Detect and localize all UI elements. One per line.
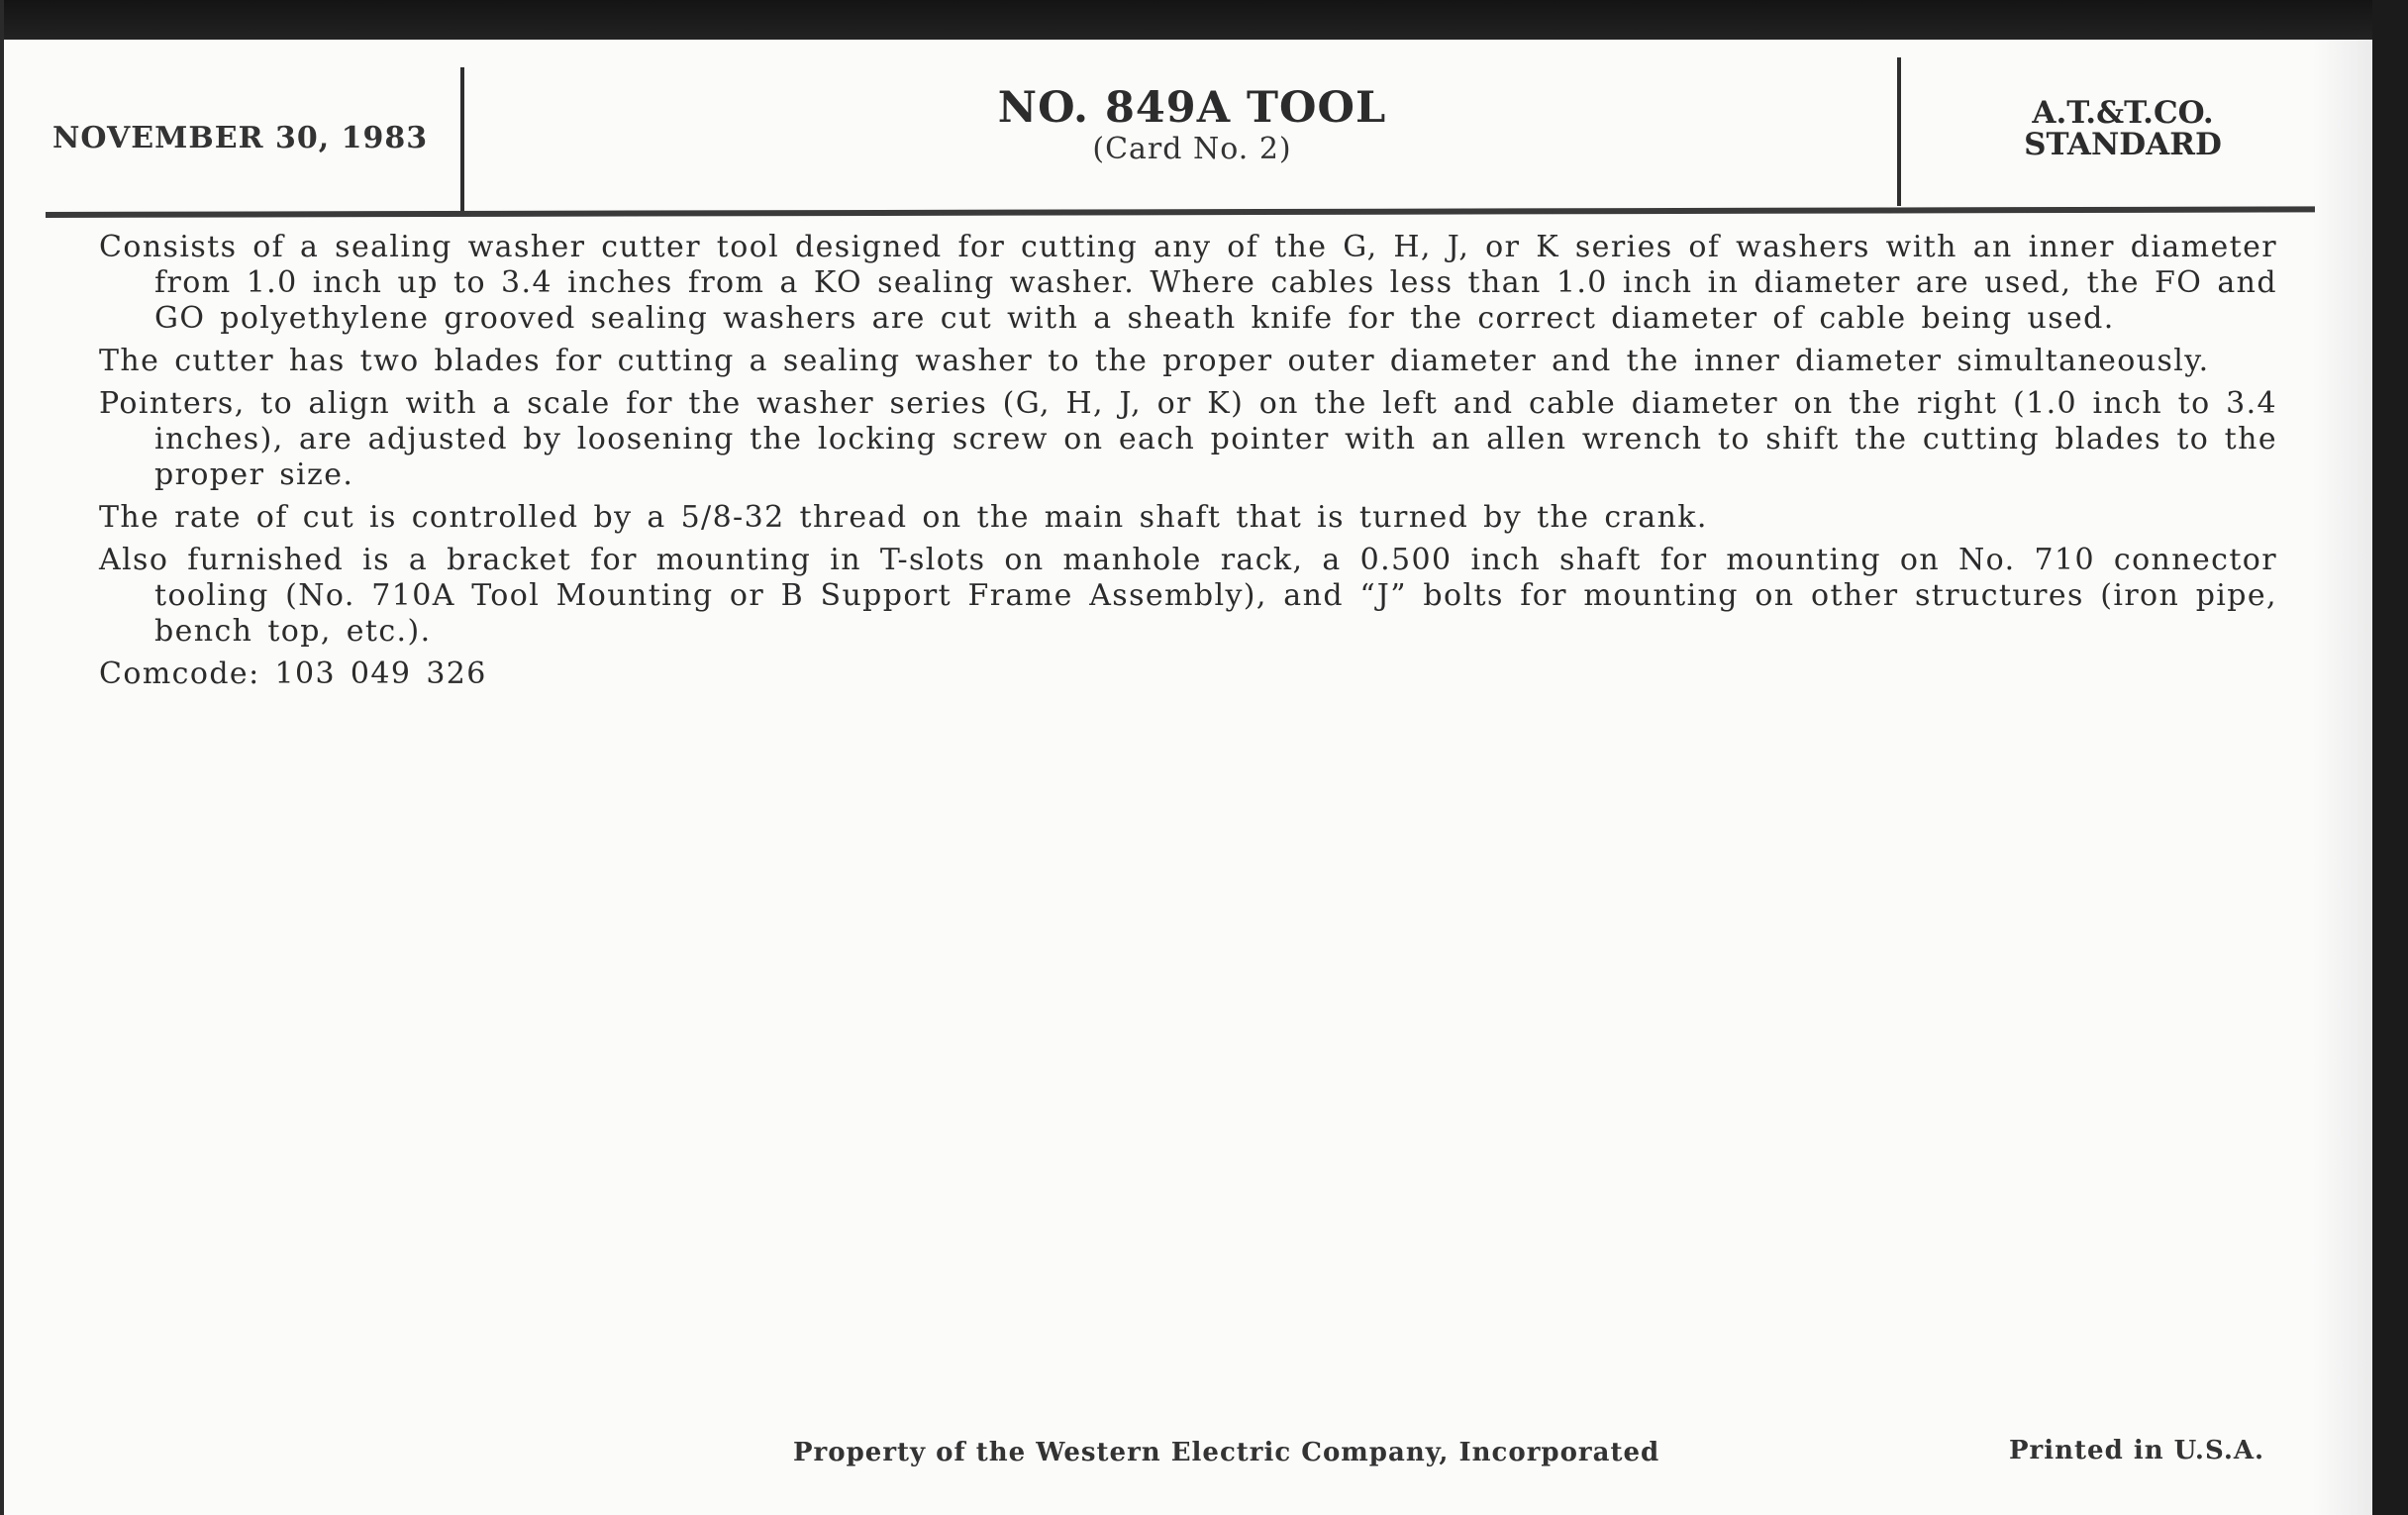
- page-title: NO. 849A TOOL: [697, 84, 1687, 132]
- issue-date: NOVEMBER 30, 1983: [52, 121, 449, 155]
- header-rule: [46, 206, 2315, 218]
- document-card: NOVEMBER 30, 1983 NO. 849A TOOL (Card No…: [4, 40, 2372, 1515]
- paragraph-blades: The cutter has two blades for cutting a …: [99, 344, 2277, 379]
- paragraph-description: Consists of a sealing washer cutter tool…: [99, 230, 2277, 337]
- header-divider-right: [1897, 57, 1901, 206]
- title-block: NO. 849A TOOL (Card No. 2): [697, 84, 1687, 167]
- description-body: Consists of a sealing washer cutter tool…: [99, 230, 2277, 699]
- standard-company: A.T.&T.CO.: [1974, 97, 2271, 129]
- footer-property-notice: Property of the Western Electric Company…: [793, 1438, 1659, 1467]
- header-divider-left: [460, 67, 464, 214]
- scan-border-top: [0, 0, 2408, 42]
- paragraph-accessories: Also furnished is a bracket for mounting…: [99, 543, 2277, 650]
- footer-printed-in: Printed in U.S.A.: [2009, 1436, 2264, 1465]
- paragraph-rate-of-cut: The rate of cut is controlled by a 5/8-3…: [99, 500, 2277, 536]
- paragraph-pointers: Pointers, to align with a scale for the …: [99, 386, 2277, 493]
- card-number: (Card No. 2): [697, 132, 1687, 167]
- standard-word: STANDARD: [1974, 129, 2271, 160]
- comcode: Comcode: 103 049 326: [99, 656, 2277, 692]
- standard-label: A.T.&T.CO. STANDARD: [1974, 97, 2271, 160]
- scan-border-right: [2372, 0, 2408, 1515]
